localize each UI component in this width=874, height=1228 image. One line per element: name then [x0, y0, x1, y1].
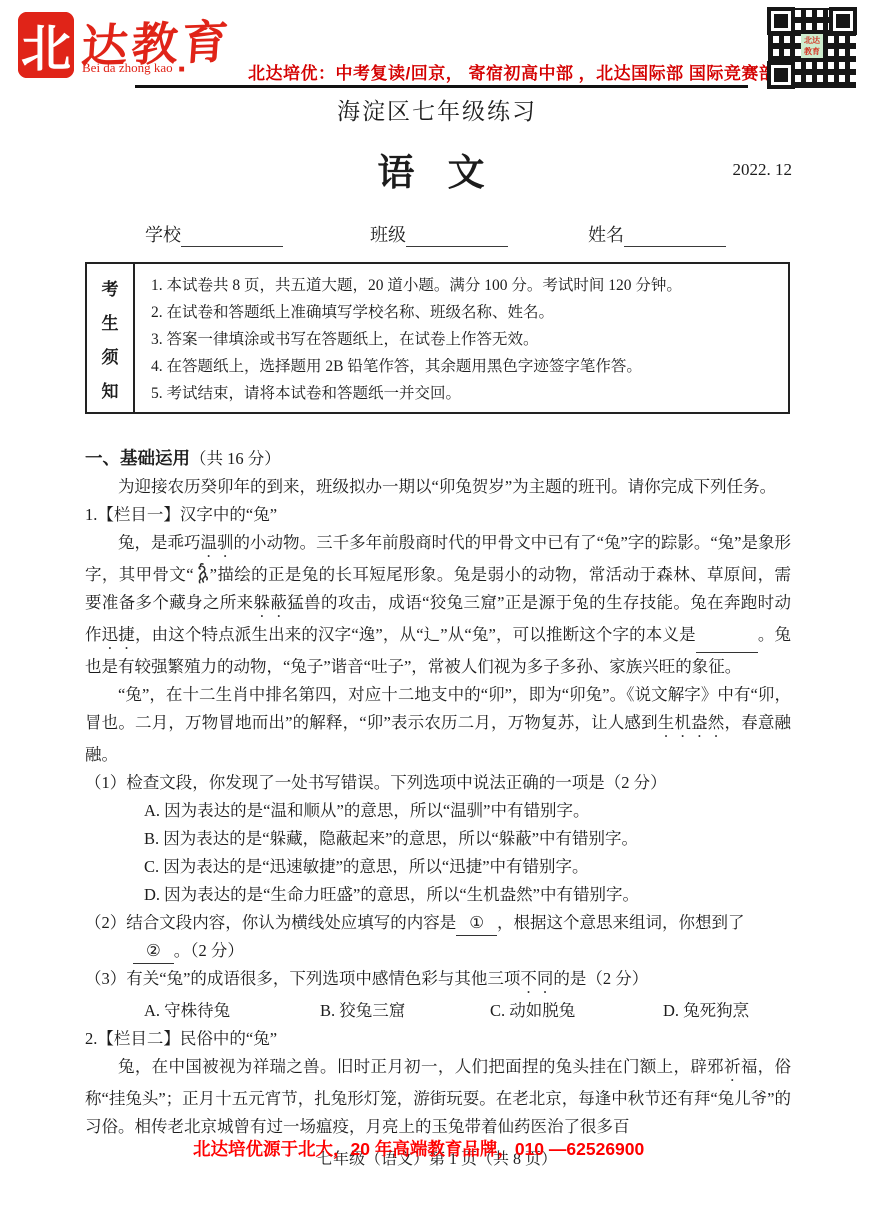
- item1-column-title: 1.【栏目一】汉字中的“兔”: [85, 501, 791, 529]
- promo-footer-text: 北达培优源于北大，20 年高端教育品牌，010 —62526900: [193, 1136, 644, 1161]
- class-label: 班级: [370, 225, 406, 245]
- beida-logo-seal-char: 北: [21, 9, 71, 81]
- section1-heading: 一、基础运用（共 16 分）: [85, 444, 791, 473]
- emphasized-word: 祈: [724, 1057, 741, 1076]
- question3-stem: （3）有关“兔”的成语很多，下列选项中感情色彩与其他三项不同的是（2 分）: [85, 965, 791, 997]
- section1-heading-score: （共 16 分）: [190, 449, 281, 468]
- question1-option-a: A. 因为表达的是“温和顺从”的意思，所以“温驯”中有错别字。: [85, 797, 791, 825]
- beida-tagline: 北达培优：中考复读/回京， 寄宿初高中部 ，北达国际部 国际竞赛部: [248, 59, 776, 84]
- school-blank-line: [181, 227, 283, 247]
- student-info-row: 学校 班级 姓名: [0, 221, 874, 247]
- school-label: 学校: [145, 225, 181, 245]
- passage2: “兔”，在十二生肖中排名第四，对应十二地支中的“卯”，即为“卯兔”。《说文解字》…: [85, 681, 791, 769]
- red-square-icon: ■: [179, 64, 185, 75]
- qr-code: 北达教育: [768, 8, 856, 88]
- fill-blank-line: [696, 634, 758, 653]
- qr-center-label: 北达教育: [801, 34, 823, 58]
- numbered-blank-1: ①: [456, 911, 497, 936]
- emphasized-word: 温驯: [201, 533, 234, 552]
- item2-column-title: 2.【栏目二】民俗中的“兔”: [85, 1025, 791, 1053]
- question2-stem: （2）结合文段内容，你认为横线处应填写的内容是①，根据这个意思来组词，你想到了 …: [85, 909, 791, 965]
- candidate-notice-side-label: 考 生 须 知: [87, 264, 135, 412]
- question3-option-d: D. 兔死狗烹: [663, 997, 749, 1025]
- exam-date: 2022. 12: [733, 160, 793, 180]
- name-field: 姓名: [588, 221, 726, 247]
- question1-option-b: B. 因为表达的是“躲藏，隐蔽起来”的意思，所以“躲蔽”中有错别字。: [85, 825, 791, 853]
- section1-heading-title: 一、基础运用: [85, 448, 190, 468]
- school-field: 学校: [145, 221, 283, 247]
- notice-item: 2. 在试卷和答题纸上准确填写学校名称、班级名称、姓名。: [151, 300, 788, 322]
- name-blank-line: [624, 227, 726, 247]
- emphasized-word: 迅捷: [102, 625, 135, 644]
- passage1: 兔，是乖巧温驯的小动物。三千多年前殷商时代的甲骨文中已有了“兔”字的踪影。“兔”…: [85, 529, 791, 681]
- notice-item: 5. 考试结束，请将本试卷和答题纸一并交回。: [151, 381, 788, 403]
- numbered-blank-2: ②: [133, 939, 174, 964]
- question3-option-a: A. 守株待兔: [144, 997, 320, 1025]
- exam-paper-page: 北 达教育 Bei da zhong kao■ 北达培优：中考复读/回京， 寄宿…: [0, 0, 874, 1228]
- passage3: 兔，在中国被视为祥瑞之兽。旧时正月初一，人们把面捏的兔头挂在门额上，辟邪祈福，俗…: [85, 1053, 791, 1141]
- notice-item: 3. 答案一律填涂或书写在答题纸上，在试卷上作答无效。: [151, 327, 788, 349]
- emphasized-word: 不同: [520, 969, 553, 988]
- question1-stem: （1）检查文段，你发现了一处书写错误。下列选项中说法正确的一项是（2 分）: [85, 769, 791, 797]
- class-field: 班级: [370, 221, 508, 247]
- exam-region-title: 海淀区七年级练习: [0, 93, 874, 126]
- name-label: 姓名: [588, 225, 624, 245]
- emphasized-word: 躲蔽: [254, 593, 288, 612]
- notice-item: 4. 在答题纸上，选择题用 2B 铅笔作答，其余题用黑色字迹签字笔作答。: [151, 354, 788, 376]
- main-content: 一、基础运用（共 16 分） 为迎接农历癸卯年的到来，班级拟办一期以“卯兔贺岁”…: [85, 444, 791, 1141]
- question1-option-d: D. 因为表达的是“生命力旺盛”的意思，所以“生机盎然”中有错别字。: [85, 881, 791, 909]
- beida-logo-subtitle: Bei da zhong kao■: [82, 60, 185, 76]
- oracle-bone-rabbit-glyph: [194, 562, 210, 584]
- emphasized-word: 生机盎然: [658, 713, 725, 732]
- question3-option-c: C. 动如脱兔: [490, 997, 663, 1025]
- section1-intro: 为迎接农历癸卯年的到来，班级拟办一期以“卯兔贺岁”为主题的班刊。请你完成下列任务…: [85, 473, 791, 501]
- beida-logo-seal: 北: [18, 12, 74, 78]
- header-divider-rule: [135, 85, 748, 88]
- question3-options-row: A. 守株待兔B. 狡兔三窟C. 动如脱兔D. 兔死狗烹: [85, 997, 791, 1025]
- candidate-notice-box: 考 生 须 知 1. 本试卷共 8 页，共五道大题，20 道小题。满分 100 …: [85, 262, 790, 414]
- question3-option-b: B. 狡兔三窟: [320, 997, 490, 1025]
- qr-finder-icon: [767, 61, 795, 89]
- qr-finder-icon: [767, 7, 795, 35]
- qr-finder-icon: [829, 7, 857, 35]
- notice-item: 1. 本试卷共 8 页，共五道大题，20 道小题。满分 100 分。考试时间 1…: [151, 273, 788, 295]
- class-blank-line: [406, 227, 508, 247]
- candidate-notice-items: 1. 本试卷共 8 页，共五道大题，20 道小题。满分 100 分。考试时间 1…: [135, 264, 788, 412]
- question1-option-c: C. 因为表达的是“迅速敏捷”的意思，所以“迅捷”中有错别字。: [85, 853, 791, 881]
